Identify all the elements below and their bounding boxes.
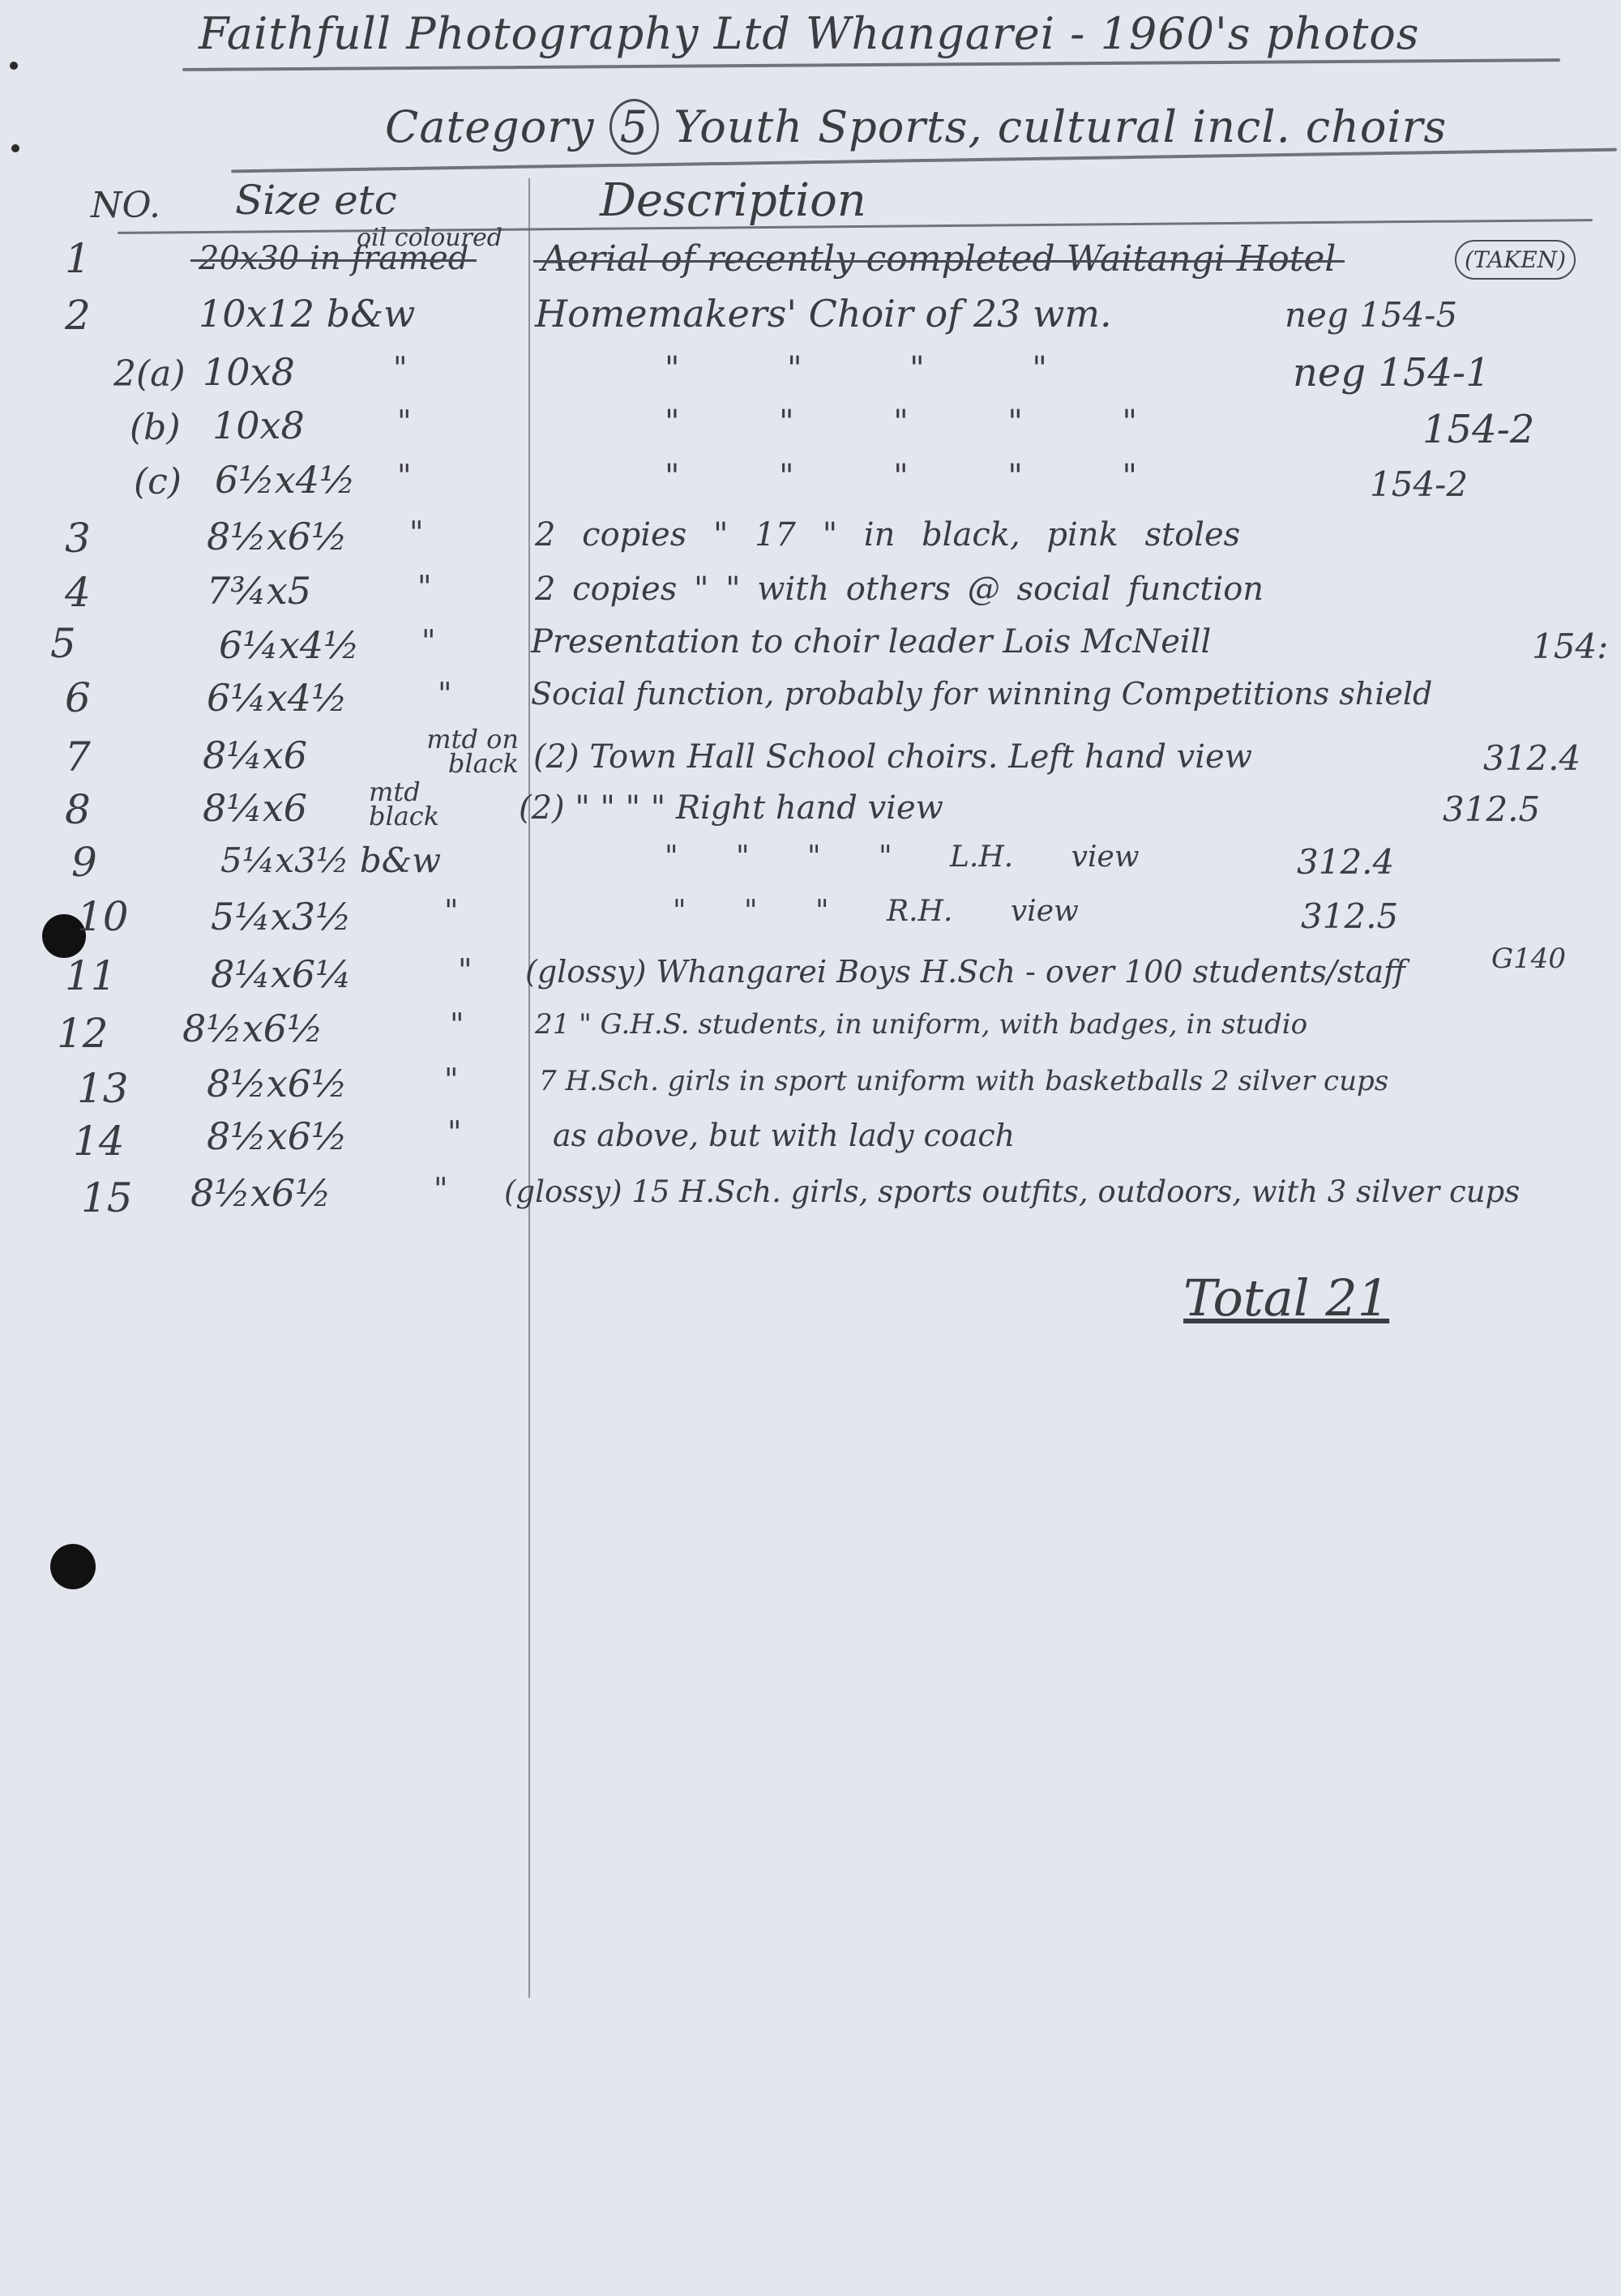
column-header-size: Size etc <box>235 177 397 224</box>
size: 8¼x6 <box>203 786 307 830</box>
row-number: 4 <box>65 569 91 616</box>
ditto-mark: " <box>417 569 431 605</box>
description: Social function, probably for winning Co… <box>531 676 1432 712</box>
description: " " " " L.H. view <box>665 840 1140 874</box>
ditto-mark: " <box>397 458 411 494</box>
ditto-mark: " <box>444 1062 458 1097</box>
description: 2 copies " " with others @ social functi… <box>535 571 1264 608</box>
row-number: 3 <box>65 515 91 562</box>
row-number: 11 <box>65 952 117 999</box>
size: 8¼x6 <box>203 733 307 777</box>
ditto-mark: " <box>450 1007 464 1042</box>
row-number: 10 <box>77 893 129 940</box>
size: 8½x6½ <box>207 1062 348 1105</box>
ditto-mark: " <box>444 893 458 929</box>
row-number: 9 <box>71 839 97 886</box>
description: (glossy) Whangarei Boys H.Sch - over 100… <box>525 954 1405 990</box>
description: (2) " " " " Right hand view <box>519 789 943 827</box>
table-row: 14 8½x6½ " as above, but with lady coach <box>0 1114 1621 1163</box>
title-underline <box>182 58 1560 71</box>
row-number: 6 <box>65 674 91 721</box>
table-row: 11 8¼x6¼ " (glossy) Whangarei Boys H.Sch… <box>0 952 1621 1001</box>
size: 5¼x3½ <box>211 895 352 938</box>
neg-ref: neg 154-1 <box>1293 350 1491 395</box>
size: 10x8 <box>203 350 295 394</box>
row-number: 14 <box>73 1118 125 1165</box>
size: 20x30 in framed <box>199 240 468 277</box>
column-header-no: NO. <box>91 185 160 226</box>
neg-ref: G140 <box>1491 943 1566 975</box>
table-row: 13 8½x6½ " 7 H.Sch. girls in sport unifo… <box>0 1062 1621 1110</box>
size-note: mtd on black <box>389 727 519 776</box>
category-heading: Category 5 Youth Sports, cultural incl. … <box>385 99 1447 155</box>
table-row: 2(a) 10x8 " " " " " neg 154-1 <box>0 350 1621 399</box>
row-number: 2 <box>65 292 91 339</box>
description: Aerial of recently completed Waitangi Ho… <box>541 238 1337 280</box>
row-number: 8 <box>65 786 91 833</box>
category-label: Category <box>385 101 595 152</box>
neg-ref: 154-2 <box>1422 407 1534 452</box>
ditto-mark: " <box>438 676 451 712</box>
category-number: 5 <box>609 99 659 155</box>
description: " " " " " <box>665 458 1137 495</box>
row-number: (b) <box>130 407 181 448</box>
description: Presentation to choir leader Lois McNeil… <box>531 623 1211 661</box>
margin-dot <box>10 62 18 70</box>
page-title: Faithfull Photography Ltd Whangarei - 19… <box>199 8 1420 59</box>
table-row: 3 8½x6½ " 2 copies " 17 " in black, pink… <box>0 515 1621 563</box>
status-taken: (TAKEN) <box>1455 240 1576 280</box>
neg-ref: neg 154-5 <box>1285 295 1457 335</box>
punch-hole <box>50 1544 96 1589</box>
ditto-mark: " <box>393 350 407 386</box>
ditto-mark: " <box>434 1171 447 1207</box>
neg-ref: 312.4 <box>1297 842 1394 882</box>
description: (glossy) 15 H.Sch. girls, sports outfits… <box>504 1174 1520 1209</box>
row-number: 1 <box>65 235 91 282</box>
size: 10x12 b&w <box>199 292 415 336</box>
size: 8½x6½ <box>207 1114 348 1158</box>
table-row: 10 5¼x3½ " " " " R.H. view 312.5 <box>0 891 1621 940</box>
description: " " " " " <box>665 404 1137 441</box>
column-header-description: Description <box>600 174 866 227</box>
table-row: 6 6¼x4½ " Social function, probably for … <box>0 674 1621 723</box>
size: 6½x4½ <box>215 458 356 502</box>
row-number: 2(a) <box>113 353 186 395</box>
table-row: 5 6¼x4½ " Presentation to choir leader L… <box>0 620 1621 669</box>
size: 8½x6½ <box>207 515 348 558</box>
table-row: 8 8¼x6 mtd black (2) " " " " Right hand … <box>0 786 1621 835</box>
size-note: mtd black <box>369 780 474 828</box>
ditto-mark: " <box>447 1114 461 1150</box>
description: (2) Town Hall School choirs. Left hand v… <box>533 738 1252 776</box>
row-number: 12 <box>57 1010 109 1057</box>
description: 21 " G.H.S. students, in uniform, with b… <box>535 1008 1307 1041</box>
description: 7 H.Sch. girls in sport uniform with bas… <box>539 1065 1388 1097</box>
row-number: 7 <box>65 733 91 780</box>
size: 7¾x5 <box>207 569 311 613</box>
description: as above, but with lady coach <box>553 1118 1015 1153</box>
table-row: (c) 6½x4½ " " " " " " 154-2 <box>0 458 1621 507</box>
row-number: 15 <box>81 1174 133 1221</box>
description: " " " R.H. view <box>673 895 1079 928</box>
table-row: 2 10x12 b&w Homemakers' Choir of 23 wm. … <box>0 292 1621 340</box>
size: 8½x6½ <box>182 1007 323 1050</box>
table-row: 4 7¾x5 " 2 copies " " with others @ soci… <box>0 569 1621 618</box>
table-row: 15 8½x6½ " (glossy) 15 H.Sch. girls, spo… <box>0 1171 1621 1220</box>
table-row: 7 8¼x6 mtd on black (2) Town Hall School… <box>0 733 1621 782</box>
size: 8½x6½ <box>190 1171 331 1215</box>
size: 6¼x4½ <box>219 623 360 667</box>
size: 10x8 <box>212 404 305 447</box>
description: " " " " <box>665 350 1047 387</box>
ditto-mark: " <box>421 623 435 659</box>
description: Homemakers' Choir of 23 wm. <box>535 292 1112 336</box>
ditto-mark: " <box>409 515 423 550</box>
total: Total 21 <box>1183 1268 1389 1328</box>
ditto-mark: " <box>397 404 411 439</box>
size: 8¼x6¼ <box>211 952 352 996</box>
margin-dot <box>11 144 19 152</box>
size: 6¼x4½ <box>207 676 348 720</box>
table-row: 12 8½x6½ " 21 " G.H.S. students, in unif… <box>0 1007 1621 1055</box>
neg-ref: 312.5 <box>1301 896 1398 936</box>
table-row: 1 oil coloured 20x30 in framed Aerial of… <box>0 235 1621 284</box>
row-number: 13 <box>77 1065 129 1112</box>
neg-ref: 154-2 <box>1370 464 1468 504</box>
description: 2 copies " 17 " in black, pink stoles <box>535 516 1240 554</box>
neg-ref: 312.5 <box>1443 789 1540 829</box>
table-row: (b) 10x8 " " " " " " 154-2 <box>0 404 1621 452</box>
table-row: 9 5¼x3½ b&w " " " " L.H. view 312.4 <box>0 839 1621 887</box>
row-number: 5 <box>50 620 76 667</box>
size: 5¼x3½ b&w <box>220 840 441 880</box>
ditto-mark: " <box>458 952 472 988</box>
category-description: Youth Sports, cultural incl. choirs <box>674 101 1447 152</box>
neg-ref: 312.4 <box>1483 738 1580 778</box>
row-number: (c) <box>134 461 182 502</box>
neg-ref: 154: <box>1532 626 1608 666</box>
